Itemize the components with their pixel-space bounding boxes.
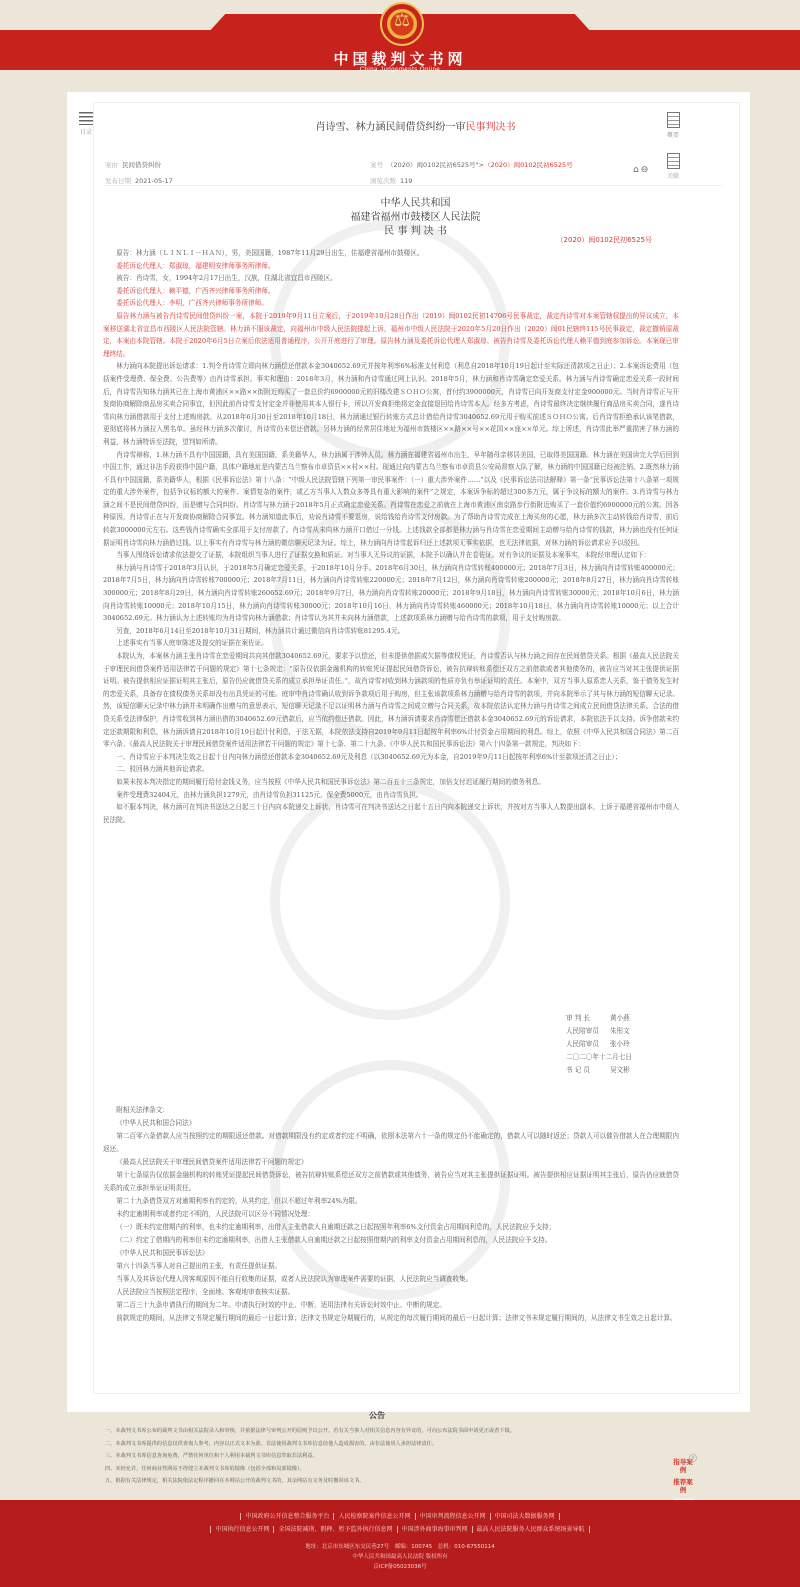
paragraph: 林力涵向本院提出诉讼请求：1.判令肖诗雪立即向林力涵偿还借款本金3040652.… xyxy=(103,360,679,448)
party-line: 委托诉讼代理人：李明，广西齐兴律师事务所律师。 xyxy=(103,297,679,310)
list-icon xyxy=(79,112,93,125)
paragraph: 如果未按本判决指定的期间履行给付金钱义务，应当按照《中华人民共和国民事诉讼法》第… xyxy=(103,776,679,789)
notice-title: 公告 xyxy=(67,1410,687,1421)
paragraph: 林力涵与肖诗雪于2018年3月认识，于2018年5月确定恋爱关系，于2018年1… xyxy=(103,562,679,625)
footer-address: 地址：北京市东城区东交民巷27号 邮编：100745 总机：010-675501… xyxy=(0,1542,800,1552)
recommend-case-button[interactable]: 推荐案例 xyxy=(673,1478,693,1494)
footer-link[interactable]: 中国涉外商事海事审判网 xyxy=(397,1526,472,1533)
case-number: （2020）闽0102民初6525号 xyxy=(557,235,652,245)
footer-link[interactable]: 中国执行信息公开网 xyxy=(210,1526,273,1533)
notice-list: 一、本裁判文书库公布的裁判文书由相关法院录入和审核，并依据法律与审判公开的原则予… xyxy=(105,1425,665,1488)
paragraph: 上述事实有当事人庭审陈述及提交的证据在案佐证。 xyxy=(103,637,679,650)
print-icon[interactable]: ⊖ xyxy=(641,165,651,175)
country-heading: 中华人民共和国 xyxy=(93,194,738,209)
cause-of-action: 案由民间借贷纠纷 xyxy=(105,160,161,169)
party-line: 原告：林力涵（ＬＩＮＬＩ－ＨＡＮ），男，美国国籍，1987年11月29日出生，住… xyxy=(103,247,679,260)
case-number-meta: 案号（2020）闽0102民初6525号">（2020）闽0102民初6525号 xyxy=(370,160,573,169)
party-line: 委托诉讼代理人：郑淑琼，福建明安律师事务所律师。 xyxy=(103,260,679,273)
site-footer: 中国政府公开信息整合服务平台人民检察院案件信息公开网中国审判流程信息公开网中国司… xyxy=(0,1500,800,1587)
notice-item: 一、本裁判文书库公布的裁判文书由相关法院录入和审核，并依据法律与审判公开的原则予… xyxy=(105,1425,665,1438)
footer-link[interactable]: 中国司法大数据服务网 xyxy=(490,1513,560,1520)
signature-block: 审 判 长黄小燕 人民陪审员朱彤文 人民陪审员张小玲 二〇二〇年十二月七日 书 … xyxy=(566,1012,632,1077)
footer-link[interactable]: 人民检察院案件信息公开网 xyxy=(333,1513,414,1520)
notice-item: 三、本裁判文书库信息查询免费，严禁任何单位和个人利用本裁判文书库信息牟取非法利益… xyxy=(105,1450,665,1463)
paragraph: 当事人围绕诉讼请求依法提交了证据，本院组织当事人进行了证据交换和质证。对当事人无… xyxy=(103,549,679,562)
site-header: 中国裁判文书网 China Judgements Online xyxy=(0,0,800,80)
footer-link[interactable]: 中国政府公开信息整合服务平台 xyxy=(240,1513,333,1520)
footer-link[interactable]: 全国法院减刑、假释、暂予监外执行信息网 xyxy=(273,1526,396,1533)
paragraph: 原告林力涵与被告肖诗雪民间借贷纠纷一案，本院于2019年9月11日立案后，于20… xyxy=(103,310,679,360)
site-subtitle: China Judgements Online xyxy=(0,67,800,73)
footer-copyright: 中华人民共和国最高人民法院 版权所有 xyxy=(0,1552,800,1562)
court-emblem-icon xyxy=(380,2,424,46)
paragraph: 本院认为，本案林力涵主张肖诗雪在恋爱期间共向其借款3040652.69元，要求予… xyxy=(103,650,679,751)
court-heading: 福建省福州市鼓楼区人民法院 xyxy=(93,208,738,223)
view-count: 浏览次数119 xyxy=(370,176,412,185)
notice-item: 二、本裁判文书库提供的信息仅供查询人参考，内容以正式文本为准。非法使用裁判文书库… xyxy=(105,1438,665,1451)
paragraph: 二、驳回林力涵其他诉讼请求。 xyxy=(103,763,679,776)
footer-link[interactable]: 最高人民法院服务人民群众系统场景导航 xyxy=(472,1526,590,1533)
paragraph: 如不服本判决，林力涵可在判决书送达之日起三十日内向本院递交上诉状，肖诗雪可在判决… xyxy=(103,801,679,826)
judgment-body: 原告：林力涵（ＬＩＮＬＩ－ＨＡＮ），男，美国国籍，1987年11月29日出生，住… xyxy=(103,247,679,826)
paragraph: 案件受理费32404元，由林力涵负担1279元，由肖诗雪负担31125元，保全费… xyxy=(103,789,679,802)
party-line: 委托诉讼代理人：赖平德，广西齐兴律师事务所律师。 xyxy=(103,285,679,298)
paragraph: 一、肖诗雪应于本判决生效之日起十日内向林力涵偿还借款本金3040652.69元及… xyxy=(103,751,679,764)
notice-item: 五、根据有关法律规定，相关法院依法定程序撤回在本网站公开的裁判文书的，其余网站有… xyxy=(105,1475,665,1488)
paragraph: 另查，2018年6月14日至2018年10月31日期间，林力涵共计通过微信向肖诗… xyxy=(103,625,679,638)
appendix-laws: 附相关法律条文： 《中华人民共和国合同法》 第二百零六条借款人应当按照约定的期限… xyxy=(103,1104,679,1325)
doc-actions: ⌂⊖ xyxy=(633,165,650,175)
footer-links: 中国政府公开信息整合服务平台人民检察院案件信息公开网中国审判流程信息公开网中国司… xyxy=(0,1500,800,1536)
notice-item: 四、未经允许，任何商业性网站不得建立本裁判文书库的镜像（包括全部和局部镜像）。 xyxy=(105,1463,665,1476)
footer-link[interactable]: 中国审判流程信息公开网 xyxy=(415,1513,490,1520)
publish-date: 发布日期2021-05-17 xyxy=(105,176,173,185)
collect-icon[interactable]: ⌂ xyxy=(633,165,641,175)
close-icon[interactable]: × xyxy=(689,1454,697,1462)
site-title[interactable]: 中国裁判文书网 xyxy=(0,48,800,69)
party-line: 被告：肖诗雪，女，1994年2月17日出生，汉族，住湖北省宜昌市西陵区。 xyxy=(103,272,679,285)
document-title: 肖诗雪、林力涵民间借贷纠纷一审民事判决书 xyxy=(93,118,738,133)
footer-icp[interactable]: 京ICP备05023036号 xyxy=(0,1562,800,1572)
paragraph: 肖诗雪辩称，1.林力涵不具有中国国籍，具有美国国籍，系美籍华人，林力涵属于涉外人… xyxy=(103,449,679,550)
